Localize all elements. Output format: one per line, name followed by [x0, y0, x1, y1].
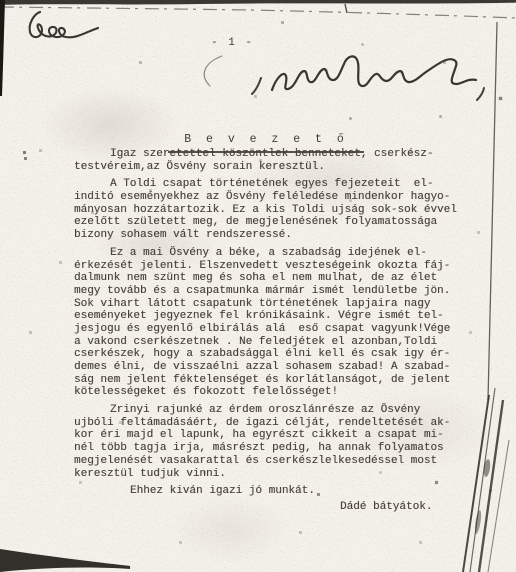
crease-smudge-1 — [483, 459, 491, 478]
handwritten-scribble-top-left — [30, 12, 98, 37]
text-line: cserkészek, hogy a szabadsággal élni kel… — [74, 348, 474, 361]
handwritten-scribble-middle — [272, 56, 476, 90]
scan-tick-mark — [345, 4, 347, 13]
paragraph-1: Igaz szeretettel köszöntlek benneteket, … — [74, 148, 474, 173]
text-line: megy tovább és a csapatmunka mármár ismé… — [74, 285, 474, 298]
text-line: nél több tagja irja, másrészt pedig, ha … — [74, 442, 474, 455]
text-line: inditó eseményekhez az Ösvény feléledése… — [74, 191, 474, 204]
text-line: testvéreim,az Ösvény sorain keresztül. — [74, 161, 474, 174]
text-line: dalmunk nem szünt meg és soha el nem mul… — [74, 272, 474, 285]
text-line: ezelőtt született meg, de megjelenésének… — [74, 216, 474, 229]
scan-edge-top-crease — [0, 7, 516, 18]
text-line: keresztül tudjuk vinni. — [74, 468, 474, 481]
handwritten-comma-mark — [252, 78, 261, 94]
signature-line: Dádé bátyátok. — [74, 501, 474, 514]
scanned-page: - 1 - B e v e z e t ő Igaz szeretettel k… — [0, 0, 516, 572]
text-line: Igaz szeretettel köszöntlek benneteket, … — [74, 148, 474, 161]
crease-smudge-2 — [474, 510, 483, 534]
text-line: érkezését jelenti. Elszenvedett vesztesé… — [74, 260, 474, 273]
text-line: ujbóli feltámadásáért, de igazi célját, … — [74, 417, 474, 430]
text-line: Ez a mai Ösvény a béke, a szabadság idej… — [74, 247, 474, 260]
paragraph-4: Zrinyi rajunké az érdem oroszlánrésze az… — [74, 404, 474, 480]
text-line: eseményeket jegyeznek fel krónikásaink. … — [74, 310, 474, 323]
text-line: Sok vihart látott csapatunk történetének… — [74, 298, 474, 311]
text-line: A Toldi csapat történetének egyes fejeze… — [74, 178, 474, 191]
scan-shadow-bottom-left — [0, 549, 130, 572]
text-line: megjelenését vasakarattal és cserkészlel… — [74, 455, 474, 468]
closing-line: Ehhez kiván igazi jó munkát. — [74, 485, 474, 498]
paragraph-3: Ez a mai Ösvény a béke, a szabadság idej… — [74, 247, 474, 399]
page-crease-right-4 — [479, 400, 503, 572]
body-text: Igaz szeretettel köszöntlek benneteket, … — [74, 148, 474, 514]
text-line: kor éri majd el lapunk, ha egyrészt cikk… — [74, 429, 474, 442]
text-line: mányosan hozzátartozik. Ez a kis Toldi u… — [74, 204, 474, 217]
text-line: demes élni, de visszaélni azzal sohasem … — [74, 361, 474, 374]
section-title-text: B e v e z e t ő — [184, 133, 348, 146]
text-line: kötelességeket és fokozott felelősséget! — [74, 386, 474, 399]
paragraph-2: A Toldi csapat történetének egyes fejeze… — [74, 178, 474, 241]
page-number: - 1 - — [211, 37, 254, 49]
text-line: ság nem jelent féktelenséget és korlátla… — [74, 374, 474, 387]
handwritten-arc-mark — [204, 56, 222, 86]
text-line: bizony sohasem vált rendszeressé. — [74, 229, 474, 242]
page-crease-right-1 — [488, 22, 497, 400]
text-line: a vakond cserkészetnek . Ne feledjétek e… — [74, 336, 474, 349]
scan-edge-left — [0, 0, 5, 96]
handwritten-dot-mark — [477, 88, 484, 100]
text-line: jesjogu és egyenlő elbirálás alá eső csa… — [74, 323, 474, 336]
scan-edge-top — [0, 0, 516, 5]
text-line: Zrinyi rajunké az érdem oroszlánrésze az… — [74, 404, 474, 417]
page-crease-right-5 — [488, 440, 509, 572]
